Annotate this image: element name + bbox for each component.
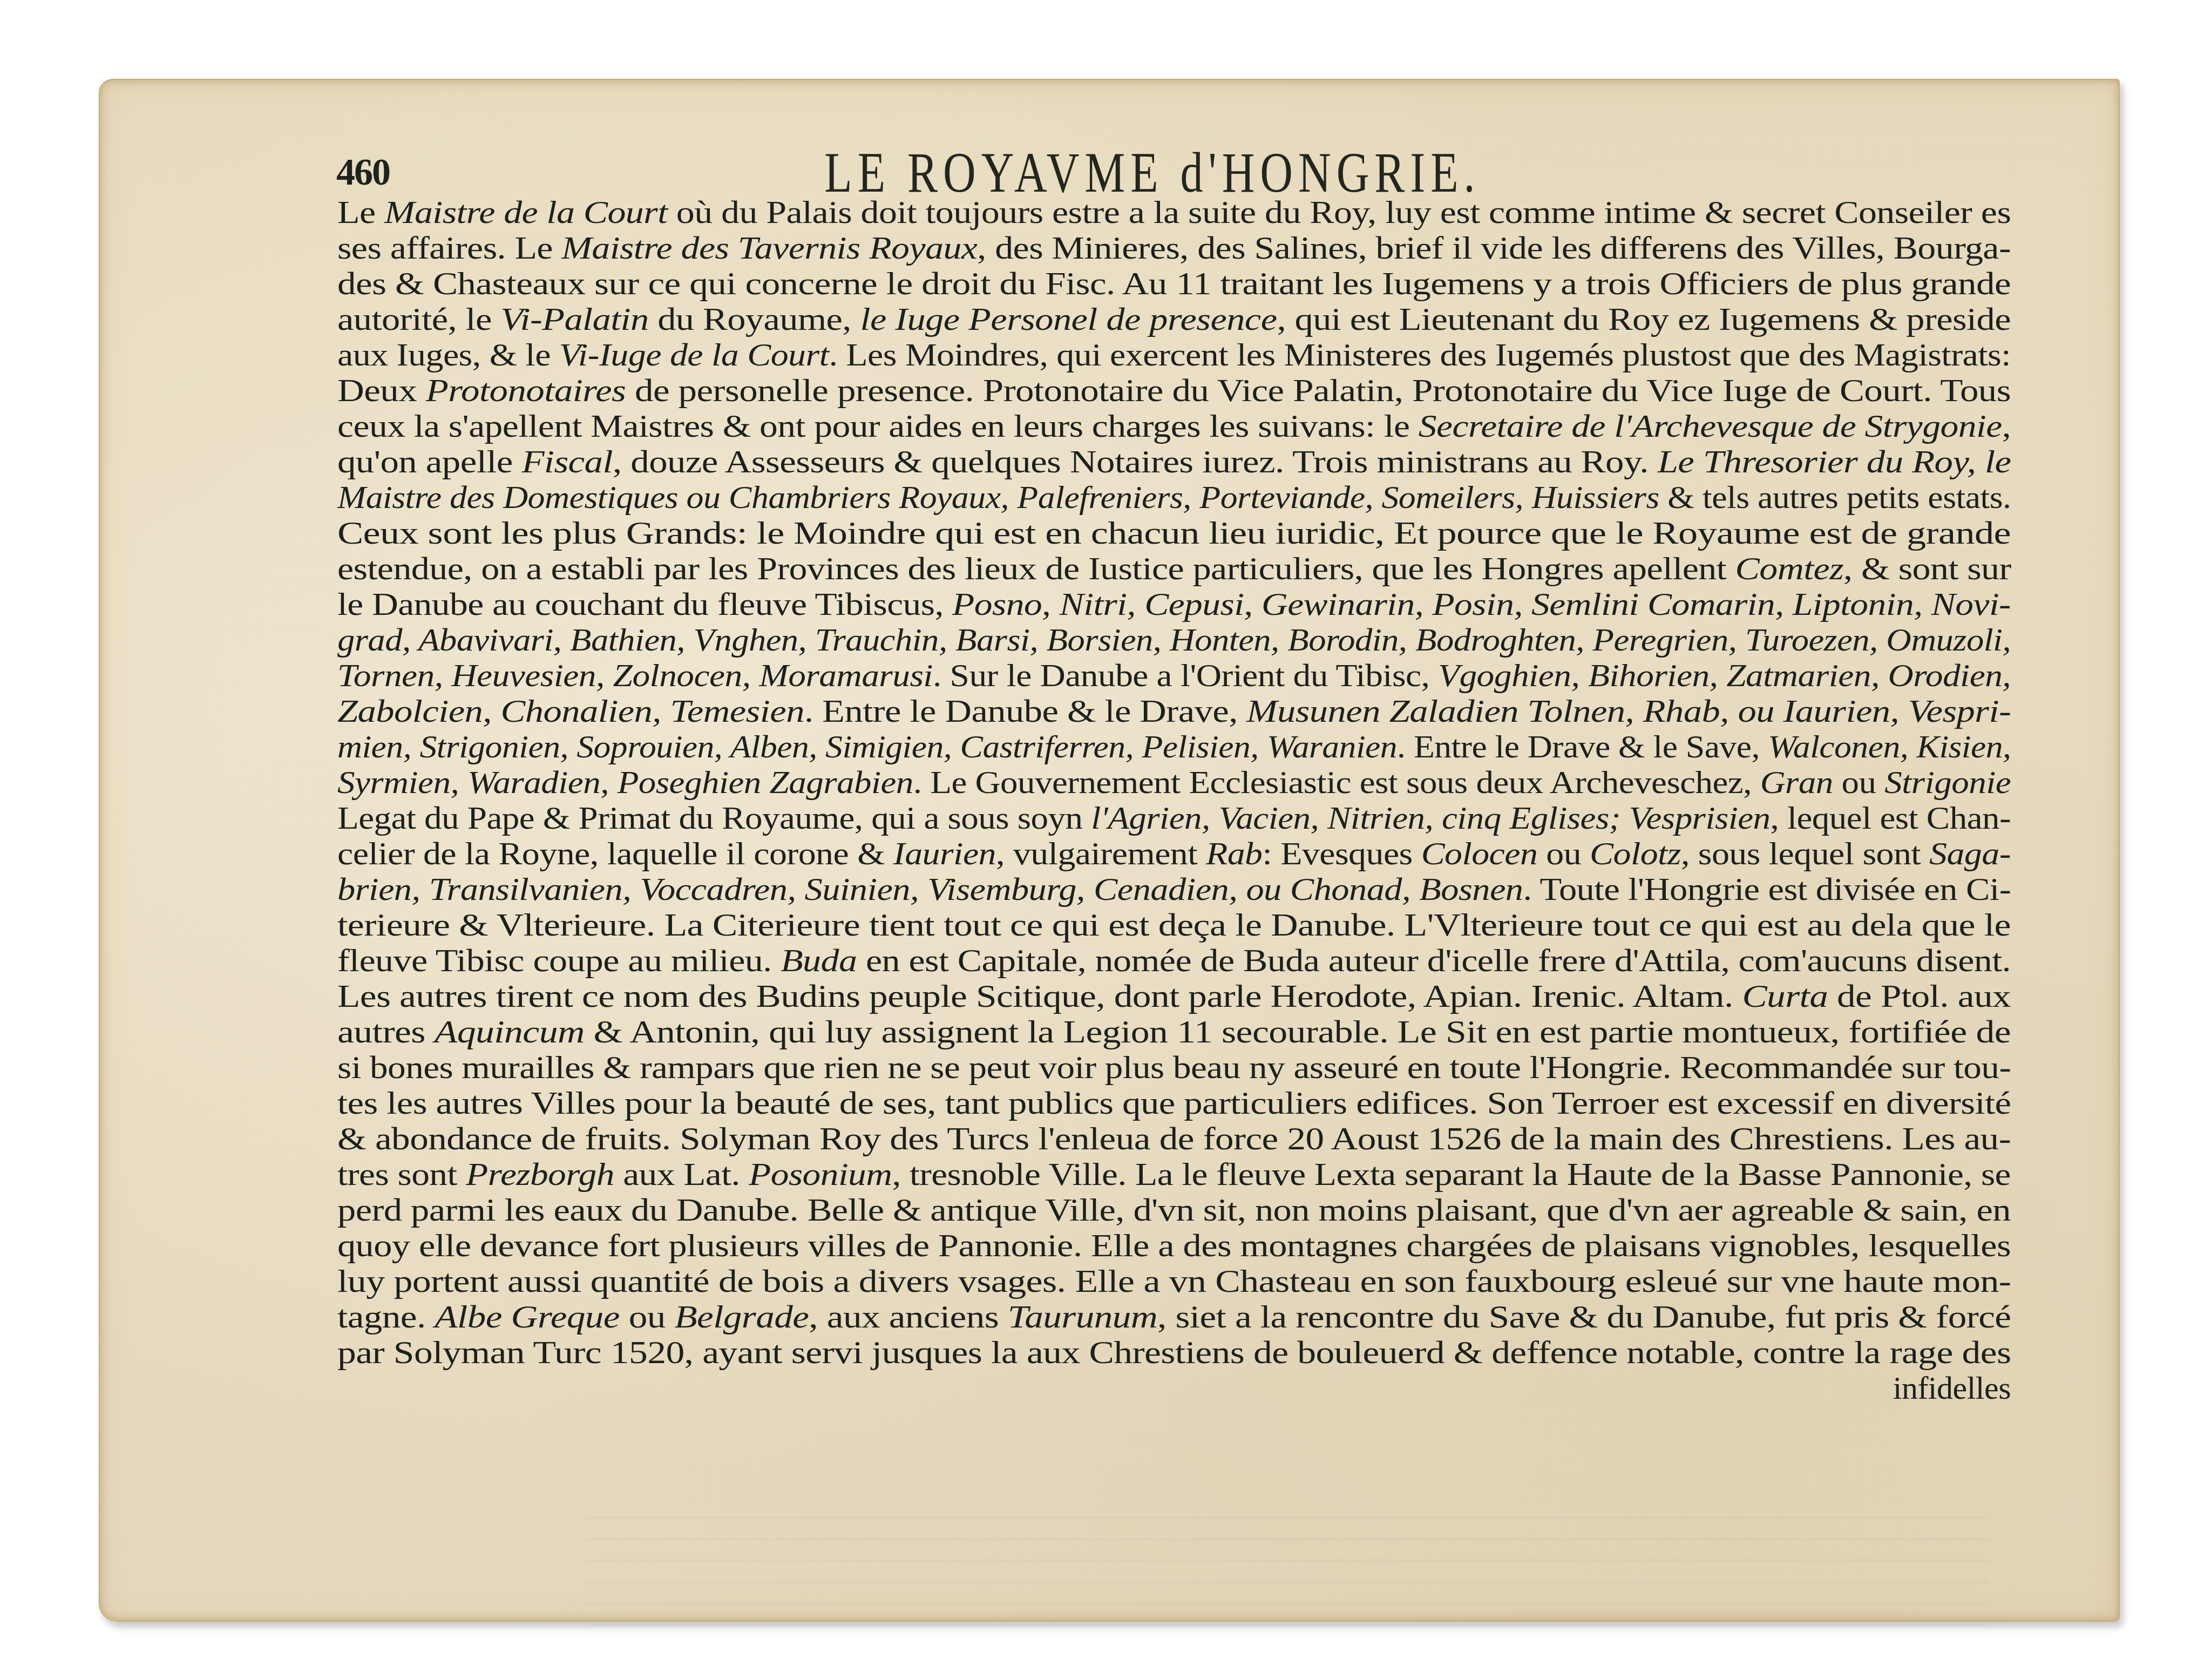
roman-segment: , & sont sur	[1843, 551, 2011, 586]
italic-segment: Vi-Palatin	[500, 301, 648, 337]
roman-segment: , vulgairement	[996, 836, 1206, 871]
italic-segment: Maistre des Tavernis Royaux	[561, 230, 977, 266]
text-line: autorité, le Vi-Palatin du Royaume, le I…	[337, 301, 2011, 337]
italic-segment: Zabolcien, Chonalien, Temesien	[337, 693, 804, 729]
text-line: perd parmi les eaux du Danube. Belle & a…	[337, 1192, 2011, 1228]
italic-segment: Prezborgh	[466, 1156, 614, 1192]
text-line: mien, Strigonien, Soprouien, Alben, Simi…	[337, 729, 2011, 764]
text-line: ceux la s'apellent Maistres & ont pour a…	[337, 408, 2011, 444]
roman-segment: , siet a la rencontre du Save & du Danub…	[1157, 1299, 2011, 1334]
italic-segment: Maistre des Domestiques ou Chambriers Ro…	[337, 479, 1659, 515]
italic-segment: Comtez	[1735, 551, 1843, 586]
text-line: luy portent aussi quantité de bois a div…	[337, 1263, 2011, 1299]
italic-segment: Le Thresorier du Roy, le	[1658, 444, 2011, 479]
text-line: qu'on apelle Fiscal, douze Assesseurs & …	[337, 444, 2011, 479]
text-line: brien, Transilvanien, Voccadren, Suinien…	[337, 871, 2011, 907]
roman-segment: ou	[1537, 836, 1590, 871]
italic-segment: l'Agrien, Vacien, Nitrien, cinq Eglises;…	[1091, 800, 1770, 836]
text-line: par Solyman Turc 1520, ayant servi jusqu…	[337, 1334, 2011, 1370]
italic-segment: Belgrade	[674, 1299, 809, 1334]
italic-segment: Aquincum	[435, 1014, 585, 1049]
text-line: si bones murailles & rampars que rien ne…	[337, 1049, 2011, 1085]
roman-segment: autorité, le	[337, 301, 500, 337]
roman-segment: infidelles	[1893, 1370, 2011, 1406]
roman-segment: Ceux sont les plus Grands: le Moindre qu…	[337, 515, 2011, 551]
show-through-texture	[586, 1516, 1989, 1635]
italic-segment: Walconen, Kisien,	[1768, 729, 2011, 764]
italic-segment: Albe Greque	[435, 1299, 620, 1334]
italic-segment: Vgoghien, Bihorien, Zatmarien, Orodien,	[1438, 658, 2011, 693]
italic-segment: Tornen, Heuvesien, Zolnocen, Moramarusi	[337, 658, 933, 693]
italic-segment: Gran	[1760, 764, 1833, 800]
text-line: estendue, on a establi par les Provinces…	[337, 551, 2011, 586]
roman-segment: estendue, on a establi par les Provinces…	[337, 551, 1735, 586]
text-line: tagne. Albe Greque ou Belgrade, aux anci…	[337, 1299, 2011, 1334]
roman-segment: . Entre le Drave & le Save,	[1397, 729, 1768, 764]
roman-segment: si bones murailles & rampars que rien ne…	[337, 1049, 2011, 1085]
roman-segment: par Solyman Turc 1520, ayant servi jusqu…	[337, 1334, 2011, 1370]
roman-segment: , lequel est Chan-	[1771, 800, 2011, 836]
text-line: autres Aquincum & Antonin, qui luy assig…	[337, 1014, 2011, 1049]
roman-segment: , douze Assesseurs & quelques Notaires i…	[613, 444, 1658, 479]
roman-segment: tes les autres Villes pour la beauté de …	[337, 1085, 2011, 1121]
italic-segment: Fiscal	[521, 444, 613, 479]
roman-segment: : Evesques	[1262, 836, 1421, 871]
text-line: tes les autres Villes pour la beauté de …	[337, 1085, 2011, 1121]
roman-segment: tres sont	[337, 1156, 466, 1192]
roman-segment: , sous lequel sont	[1681, 836, 1929, 871]
roman-segment: autres	[337, 1014, 435, 1049]
text-line: & abondance de fruits. Solyman Roy des T…	[337, 1121, 2011, 1156]
roman-segment: celier de la Royne, laquelle il corone &	[337, 836, 893, 871]
roman-segment: Les autres tirent ce nom des Budins peup…	[337, 978, 1742, 1014]
text-line: aux Iuges, & le Vi-Iuge de la Court. Les…	[337, 337, 2011, 372]
text-line: tres sont Prezborgh aux Lat. Posonium, t…	[337, 1156, 2011, 1192]
text-line: Tornen, Heuvesien, Zolnocen, Moramarusi.…	[337, 658, 2011, 693]
roman-segment: ses affaires. Le	[337, 230, 561, 266]
text-line: quoy elle devance fort plusieurs villes …	[337, 1228, 2011, 1263]
italic-segment: Syrmien, Waradien, Poseghien Zagrabien	[337, 764, 913, 800]
body-text: Le Maistre de la Court où du Palais doit…	[337, 194, 2011, 1406]
italic-segment: Curta	[1742, 978, 1828, 1014]
roman-segment: Legat du Pape & Primat du Royaume, qui a…	[337, 800, 1091, 836]
text-line: infidelles	[337, 1370, 2011, 1406]
roman-segment: tagne.	[337, 1299, 435, 1334]
roman-segment: le Danube au couchant du fleuve Tibiscus…	[337, 586, 952, 622]
italic-segment: mien, Strigonien, Soprouien, Alben, Simi…	[337, 729, 1397, 764]
text-line: Ceux sont les plus Grands: le Moindre qu…	[337, 515, 2011, 551]
italic-segment: brien, Transilvanien, Voccadren, Suinien…	[337, 871, 1523, 907]
roman-segment: . Entre le Danube & le Drave,	[804, 693, 1246, 729]
document-page: 460 LE ROYAVME d'HONGRIE. Le Maistre de …	[99, 79, 2120, 1622]
italic-segment: Maistre de la Court	[384, 194, 668, 230]
roman-segment: , tresnoble Ville. La le fleuve Lexta se…	[892, 1156, 2011, 1192]
roman-segment: . Toute l'Hongrie est divisée en Ci-	[1523, 871, 2011, 907]
italic-segment: Saga-	[1929, 836, 2011, 871]
italic-segment: Secretaire de l'Archevesque de Strygonie	[1419, 408, 2002, 444]
roman-segment: Le	[337, 194, 384, 230]
italic-segment: Colotz	[1590, 836, 1681, 871]
roman-segment: de personelle presence. Protonotaire du …	[626, 372, 2011, 408]
text-line: Maistre des Domestiques ou Chambriers Ro…	[337, 479, 2011, 515]
roman-segment: ou	[1833, 764, 1885, 800]
text-line: fleuve Tibisc coupe au milieu. Buda en e…	[337, 943, 2011, 978]
roman-segment: fleuve Tibisc coupe au milieu.	[337, 943, 781, 978]
roman-segment: , des Minieres, des Salines, brief il vi…	[977, 230, 2011, 266]
roman-segment: , aux anciens	[809, 1299, 1007, 1334]
roman-segment: perd parmi les eaux du Danube. Belle & a…	[337, 1192, 2011, 1228]
roman-segment: & tels autres petits estats.	[1659, 479, 2011, 515]
text-line: celier de la Royne, laquelle il corone &…	[337, 836, 2011, 871]
text-line: des & Chasteaux sur ce qui concerne le d…	[337, 266, 2011, 301]
roman-segment: . Le Gouvernement Ecclesiastic est sous …	[913, 764, 1760, 800]
text-line: le Danube au couchant du fleuve Tibiscus…	[337, 586, 2011, 622]
roman-segment: aux Iuges, & le	[337, 337, 559, 372]
italic-segment: Colocen	[1421, 836, 1538, 871]
roman-segment: du Royaume,	[649, 301, 860, 337]
text-line: terieure & Vlterieure. La Citerieure tie…	[337, 907, 2011, 943]
roman-segment: qu'on apelle	[337, 444, 521, 479]
roman-segment: . Les Moindres, qui exercent les Ministe…	[829, 337, 2011, 372]
italic-segment: Taurunum	[1008, 1299, 1157, 1334]
text-line: Les autres tirent ce nom des Budins peup…	[337, 978, 2011, 1014]
italic-segment: Protonotaires	[426, 372, 626, 408]
italic-segment: Strigonie	[1884, 764, 2011, 800]
roman-segment: , qui est Lieutenant du Roy ez Iugemens …	[1277, 301, 2011, 337]
roman-segment: & Antonin, qui luy assignent la Legion 1…	[585, 1014, 2011, 1049]
italic-segment: Posno, Nitri, Cepusi, Gewinarin, Posin, …	[952, 586, 2011, 622]
italic-segment: Vi-Iuge de la Court	[559, 337, 829, 372]
italic-segment: grad, Abavivari, Bathien, Vnghen, Trauch…	[337, 622, 2011, 658]
italic-segment: Musunen Zaladien Tolnen, Rhab, ou Iaurie…	[1246, 693, 2011, 729]
roman-segment: terieure & Vlterieure. La Citerieure tie…	[337, 907, 2011, 943]
italic-segment: Buda	[781, 943, 857, 978]
text-line: Zabolcien, Chonalien, Temesien. Entre le…	[337, 693, 2011, 729]
roman-segment: aux Lat.	[614, 1156, 749, 1192]
text-line: Deux Protonotaires de personelle presenc…	[337, 372, 2011, 408]
roman-segment: Deux	[337, 372, 426, 408]
text-line: Syrmien, Waradien, Poseghien Zagrabien. …	[337, 764, 2011, 800]
roman-segment: où du Palais doit toujours estre a la su…	[667, 194, 2011, 230]
roman-segment: ceux la s'apellent Maistres & ont pour a…	[337, 408, 1419, 444]
roman-segment: quoy elle devance fort plusieurs villes …	[337, 1228, 2011, 1263]
text-line: ses affaires. Le Maistre des Tavernis Ro…	[337, 230, 2011, 266]
roman-segment: . Sur le Danube a l'Orient du Tibisc,	[933, 658, 1438, 693]
text-line: Le Maistre de la Court où du Palais doit…	[337, 194, 2011, 230]
roman-segment: ou	[620, 1299, 674, 1334]
italic-segment: Posonium	[749, 1156, 892, 1192]
text-line: grad, Abavivari, Bathien, Vnghen, Trauch…	[337, 622, 2011, 658]
italic-segment: Rab	[1206, 836, 1263, 871]
roman-segment: ,	[2002, 408, 2011, 444]
roman-segment: des & Chasteaux sur ce qui concerne le d…	[337, 266, 2011, 301]
text-line: Legat du Pape & Primat du Royaume, qui a…	[337, 800, 2011, 836]
italic-segment: Iaurien	[893, 836, 996, 871]
italic-segment: le Iuge Personel de presence	[860, 301, 1277, 337]
roman-segment: en est Capitale, nomée de Buda auteur d'…	[857, 943, 2011, 978]
roman-segment: & abondance de fruits. Solyman Roy des T…	[337, 1121, 2011, 1156]
roman-segment: de Ptol. aux	[1828, 978, 2011, 1014]
roman-segment: luy portent aussi quantité de bois a div…	[337, 1263, 2011, 1299]
